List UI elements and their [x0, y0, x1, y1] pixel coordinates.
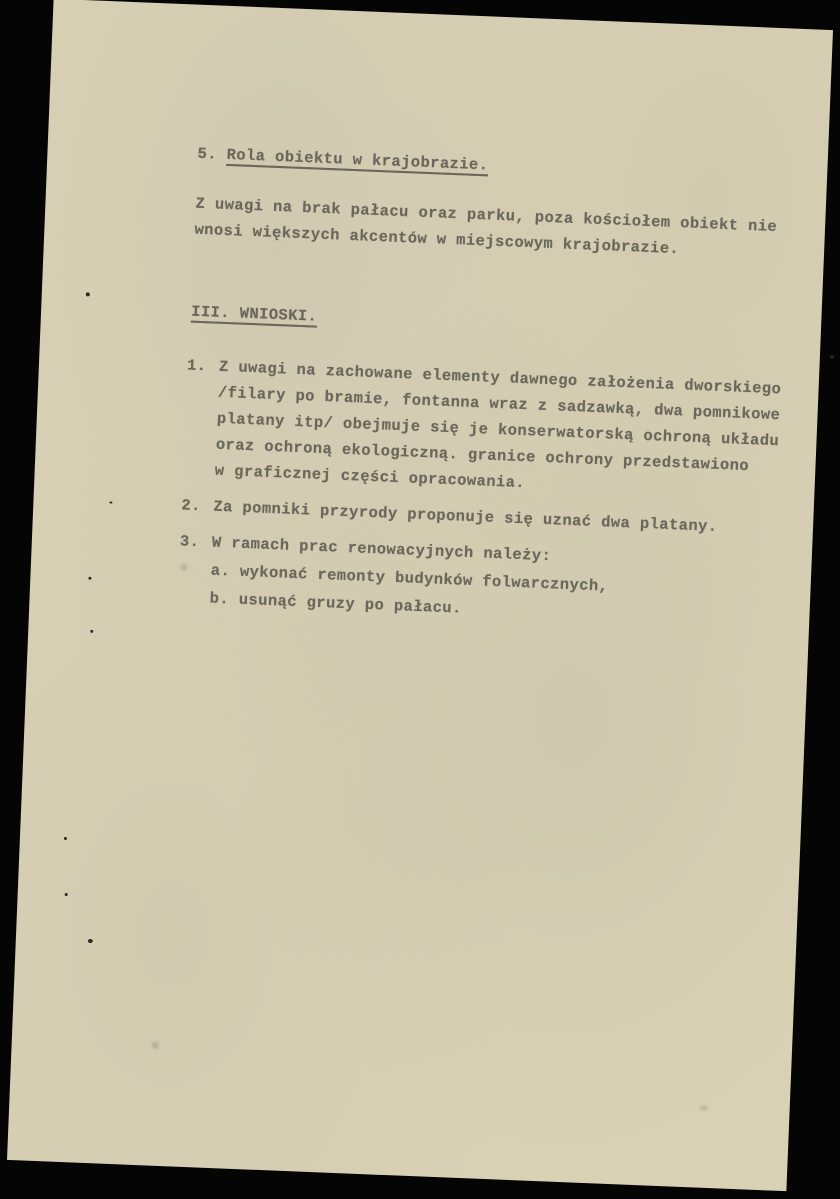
document-page: 5. Rola obiektu w krajobrazie. Z uwagi n…	[7, 0, 833, 1191]
section-heading: 5. Rola obiektu w krajobrazie.	[197, 145, 489, 175]
paper-speck	[86, 292, 90, 296]
section-title: Rola obiektu w krajobrazie.	[226, 146, 488, 174]
subitem-b-text: usunąć gruzy po pałacu.	[238, 591, 462, 618]
paper-speck	[65, 893, 68, 896]
conclusion-3-subitem-b: b. usunąć gruzy po pałacu.	[209, 590, 462, 618]
conclusion-1-line-5: w graficznej części opracowania.	[214, 462, 525, 492]
subitem-a-letter: a.	[210, 562, 230, 581]
subitem-a-text: wykonać remonty budynków folwarcznych,	[240, 563, 609, 596]
paper-speck	[90, 630, 93, 633]
paper-smudge	[152, 1042, 159, 1049]
conclusion-3-subitem-a: a. wykonać remonty budynków folwarcznych…	[210, 562, 608, 596]
section-number: 5.	[197, 145, 217, 164]
paper-speck	[64, 837, 67, 840]
paper-speck	[88, 577, 91, 580]
paper-speck	[109, 501, 112, 503]
subitem-b-letter: b.	[209, 590, 229, 609]
conclusions-heading: III. WNIOSKI.	[191, 303, 318, 326]
conclusion-3-line-1: W ramach prac renowacyjnych należy:	[212, 534, 552, 566]
conclusion-2-line-1: Za pomniki przyrody proponuje się uznać …	[213, 498, 718, 536]
paper-speck	[88, 939, 93, 943]
paper-smudge	[181, 564, 187, 570]
conclusion-3-number: 3.	[180, 532, 200, 551]
paper-speck	[830, 355, 834, 358]
conclusion-1-number: 1.	[187, 356, 207, 375]
conclusion-2-number: 2.	[181, 496, 201, 515]
paper-smudge	[700, 1106, 708, 1110]
